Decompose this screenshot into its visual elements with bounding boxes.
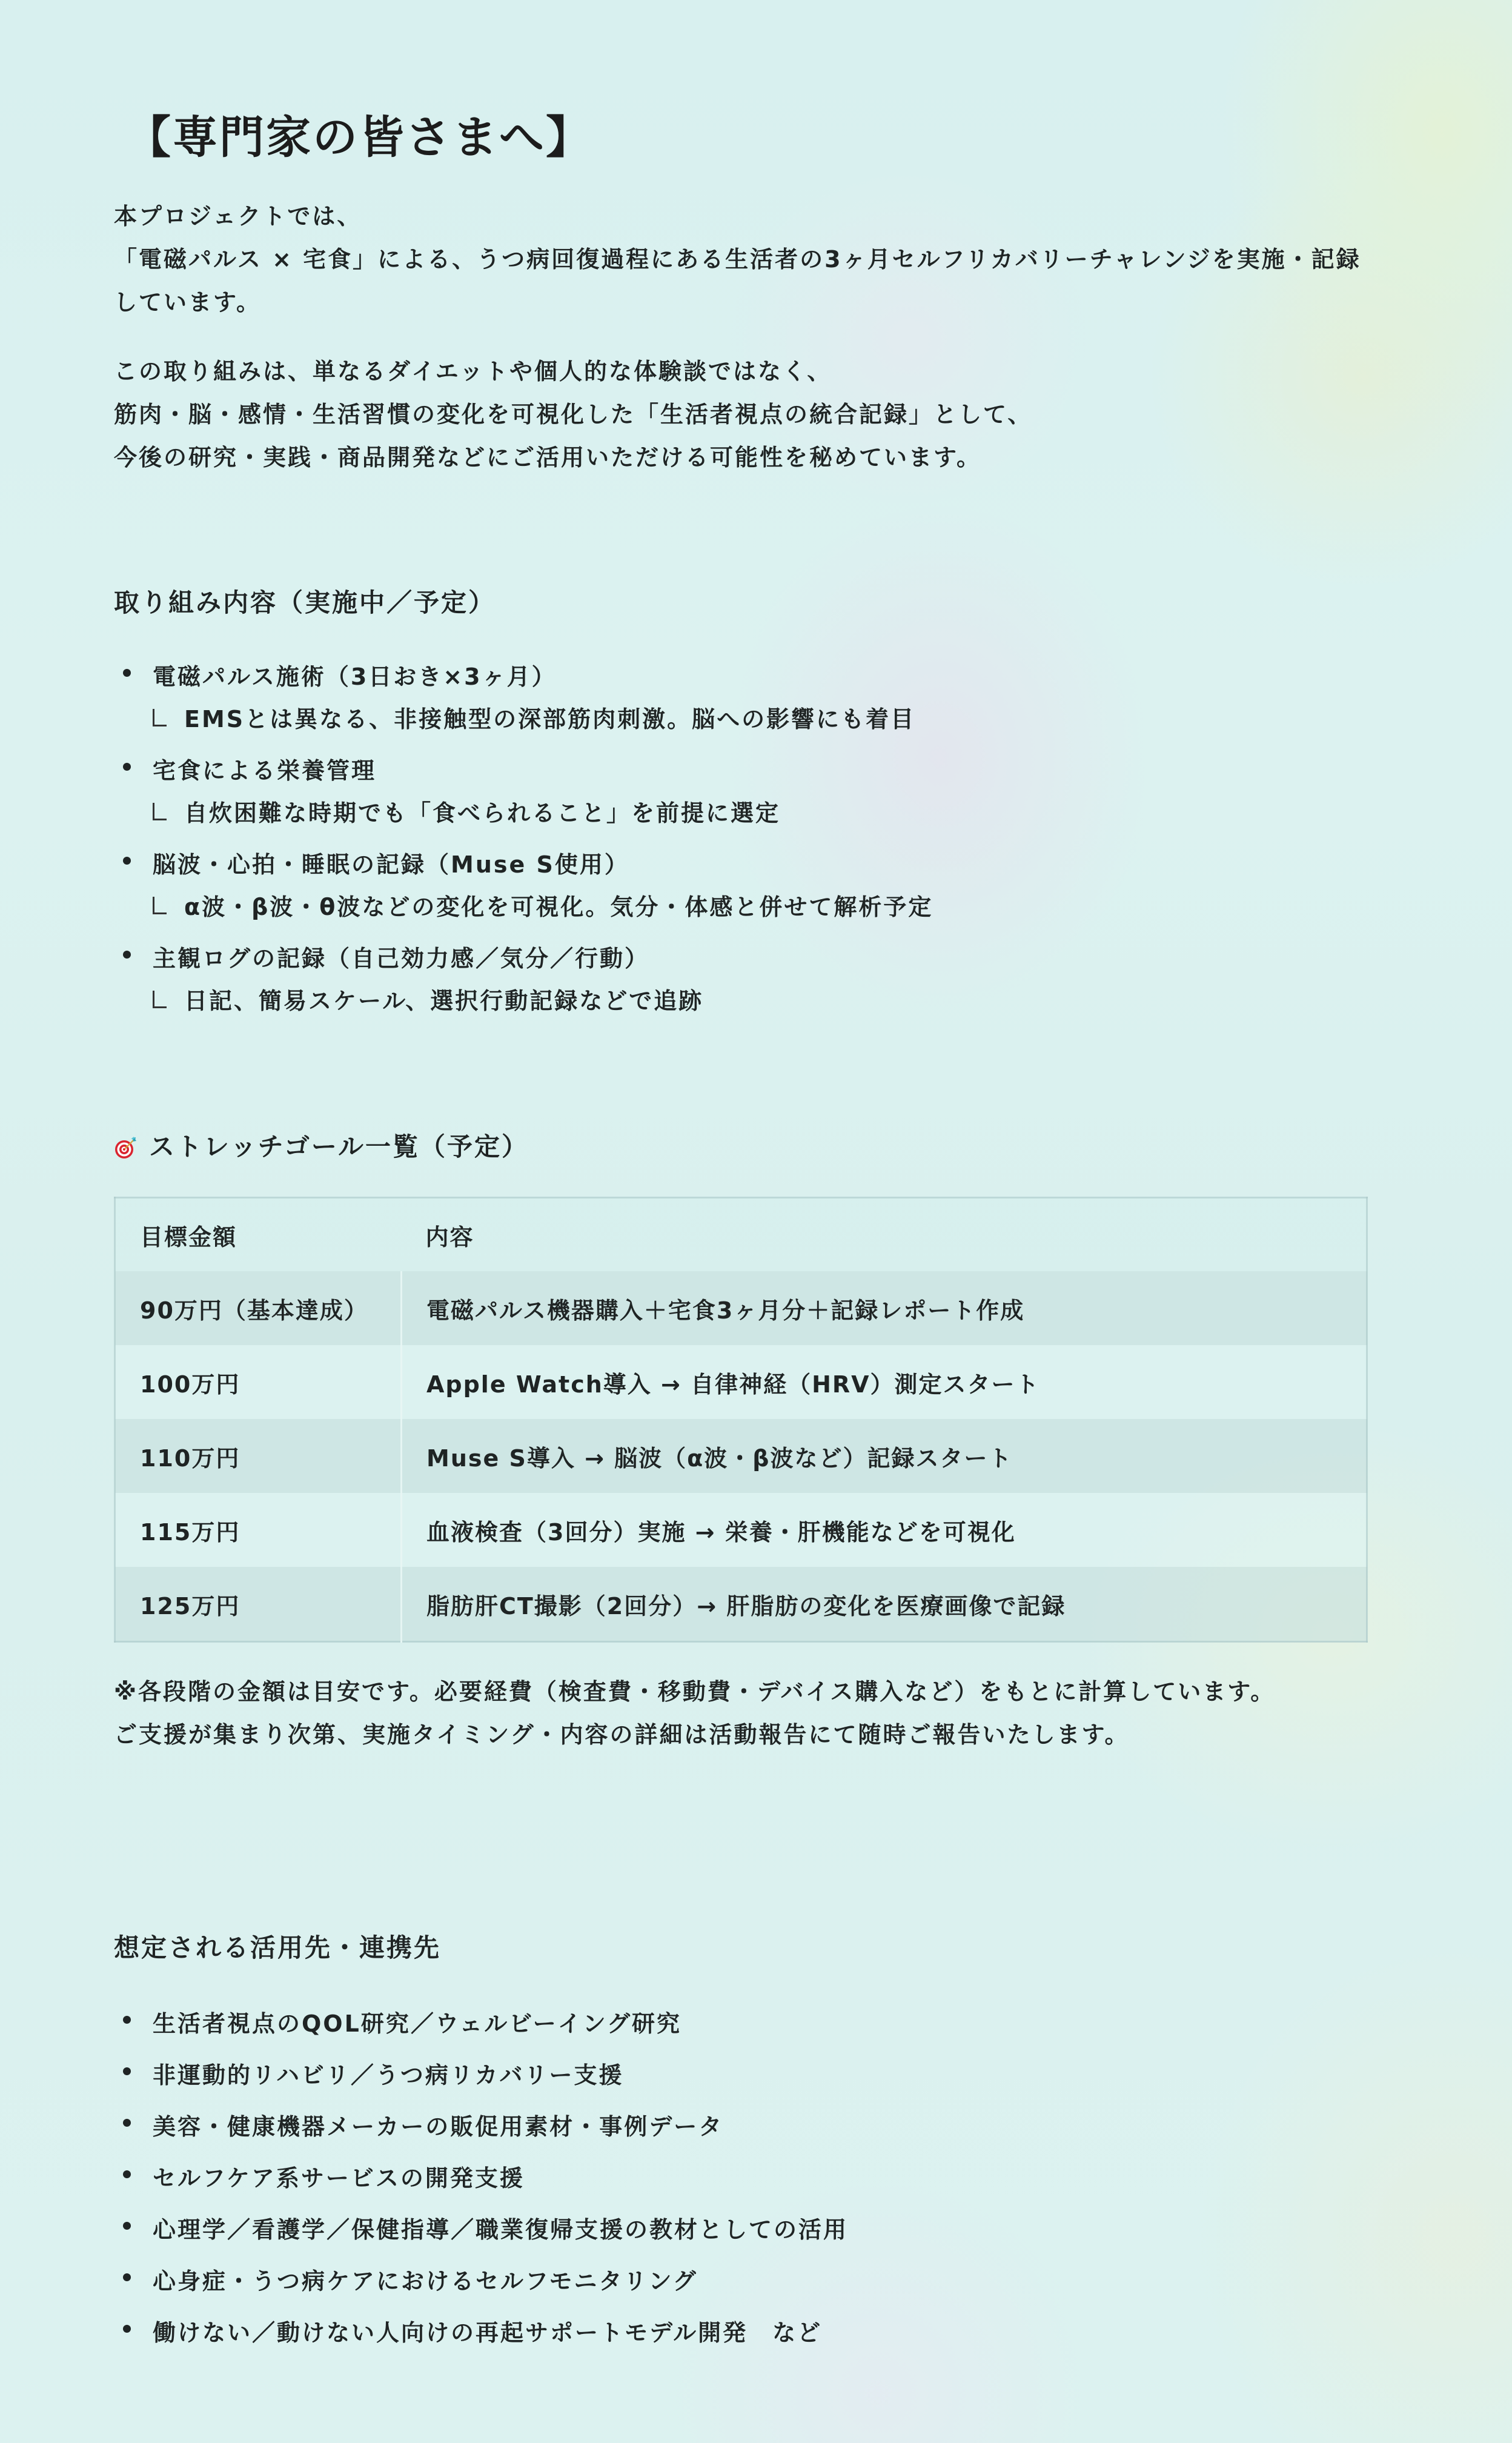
intro2-line: この取り組みは、単なるダイエットや個人的な体験談ではなく、 [114,350,1032,393]
list-item: 美容・健康機器メーカーの販促用素材・事例データ [114,2106,848,2157]
use-item-text: 非運動的リハビリ／うつ病リカバリー支援 [153,2062,623,2089]
activity-detail-text: 自炊困難な時期でも「食べられること」を前提に選定 [184,800,780,826]
goal-amount: 100万円 [115,1345,402,1419]
bullet-icon [123,2222,131,2230]
list-item: セルフケア系サービスの開発支援 [114,2157,848,2209]
goal-amount: 90万円（基本達成） [115,1271,402,1345]
uses-list: 生活者視点のQOL研究／ウェルビーイング研究 非運動的リハビリ／うつ病リカバリー… [114,2003,848,2363]
note-line: ※各段階の金額は目安です。必要経費（検査費・移動費・デバイス購入など）をもとに計… [114,1670,1275,1713]
intro2-line: 筋肉・脳・感情・生活習慣の変化を可視化した「生活者視点の統合記録」として、 [114,393,1032,436]
use-item-text: 心理学／看護学／保健指導／職業復帰支援の教材としての活用 [153,2216,848,2243]
list-item: 心理学／看護学／保健指導／職業復帰支援の教材としての活用 [114,2209,848,2260]
list-item: 生活者視点のQOL研究／ウェルビーイング研究 [114,2003,848,2054]
page-title: 【専門家の皆さまへ】 [126,102,592,166]
use-item-text: 心身症・うつ病ケアにおけるセルフモニタリング [153,2268,698,2295]
column-header-amount: 目標金額 [115,1198,402,1272]
bullet-icon [123,2325,131,2333]
bullet-icon [123,2119,131,2127]
goals-note: ※各段階の金額は目安です。必要経費（検査費・移動費・デバイス購入など）をもとに計… [114,1670,1275,1757]
goal-content: 脂肪肝CT撮影（2回分）→ 肝脂肪の変化を医療画像で記録 [402,1567,1367,1642]
bullet-icon [123,2273,131,2281]
goal-content: Apple Watch導入 → 自律神経（HRV）測定スタート [402,1345,1367,1419]
bullet-icon [123,763,131,771]
activity-title: 脳波・心拍・睡眠の記録（Muse S使用） [153,843,933,886]
goal-content: 電磁パルス機器購入＋宅食3ヶ月分＋記録レポート作成 [402,1271,1367,1345]
use-item-text: 美容・健康機器メーカーの販促用素材・事例データ [153,2113,723,2140]
goal-content: 血液検査（3回分）実施 → 栄養・肝機能などを可視化 [402,1493,1367,1567]
bullet-icon [123,669,131,677]
uses-heading: 想定される活用先・連携先 [114,1928,441,1964]
intro-paragraph: 本プロジェクトでは、 「電磁パルス × 宅食」による、うつ病回復過程にある生活者… [114,195,1361,324]
tree-corner-icon [153,991,167,1008]
intro-line: 「電磁パルス × 宅食」による、うつ病回復過程にある生活者の3ヶ月セルフリカバリ… [114,238,1361,281]
table-row: 100万円 Apple Watch導入 → 自律神経（HRV）測定スタート [115,1345,1367,1419]
goal-amount: 125万円 [115,1567,402,1642]
activity-title: 宅食による栄養管理 [153,750,933,792]
list-item: 非運動的リハビリ／うつ病リカバリー支援 [114,2054,848,2106]
stretch-goals-table: 目標金額 内容 90万円（基本達成） 電磁パルス機器購入＋宅食3ヶ月分＋記録レポ… [114,1197,1368,1643]
bullet-icon [123,2016,131,2024]
intro-line: 本プロジェクトでは、 [114,195,1361,238]
stretch-goals-heading-text: ストレッチゴール一覧（予定） [149,1127,529,1163]
tree-corner-icon [153,803,167,820]
activity-title: 電磁パルス施術（3日おき×3ヶ月） [153,656,933,698]
bullet-icon [123,857,131,865]
tree-corner-icon [153,709,167,726]
stretch-goals-heading: ストレッチゴール一覧（予定） [114,1127,529,1163]
intro2-line: 今後の研究・実践・商品開発などにご活用いただける可能性を秘めています。 [114,436,1032,479]
use-item-text: セルフケア系サービスの開発支援 [153,2165,525,2192]
intro-paragraph-2: この取り組みは、単なるダイエットや個人的な体験談ではなく、 筋肉・脳・感情・生活… [114,350,1032,479]
tree-corner-icon [153,897,167,914]
activities-list: 電磁パルス施術（3日おき×3ヶ月） EMSとは異なる、非接触型の深部筋肉刺激。脳… [114,656,933,1031]
activity-detail: α波・β波・θ波などの変化を可視化。気分・体感と併せて解析予定 [153,886,933,928]
activities-heading: 取り組み内容（実施中／予定） [114,583,496,619]
list-item: 宅食による栄養管理 自炊困難な時期でも「食べられること」を前提に選定 [114,750,933,843]
list-item: 主観ログの記録（自己効力感／気分／行動） 日記、簡易スケール、選択行動記録などで… [114,937,933,1031]
goal-amount: 110万円 [115,1419,402,1493]
bullet-icon [123,951,131,959]
target-dart-icon [114,1135,138,1160]
table-row: 115万円 血液検査（3回分）実施 → 栄養・肝機能などを可視化 [115,1493,1367,1567]
goal-content: Muse S導入 → 脳波（α波・β波など）記録スタート [402,1419,1367,1493]
list-item: 電磁パルス施術（3日おき×3ヶ月） EMSとは異なる、非接触型の深部筋肉刺激。脳… [114,656,933,750]
bullet-icon [123,2067,131,2075]
column-header-content: 内容 [402,1198,1367,1272]
note-line: ご支援が集まり次第、実施タイミング・内容の詳細は活動報告にて随時ご報告いたします… [114,1713,1275,1757]
use-item-text: 働けない／動けない人向けの再起サポートモデル開発 など [153,2319,822,2346]
intro-line: しています。 [114,281,1361,324]
activity-detail-text: 日記、簡易スケール、選択行動記録などで追跡 [184,988,703,1014]
table-header-row: 目標金額 内容 [115,1198,1367,1272]
bullet-icon [123,2170,131,2178]
activity-detail-text: EMSとは異なる、非接触型の深部筋肉刺激。脳への影響にも着目 [184,706,915,733]
table-row: 90万円（基本達成） 電磁パルス機器購入＋宅食3ヶ月分＋記録レポート作成 [115,1271,1367,1345]
table-row: 125万円 脂肪肝CT撮影（2回分）→ 肝脂肪の変化を医療画像で記録 [115,1567,1367,1642]
activity-detail: 自炊困難な時期でも「食べられること」を前提に選定 [153,792,933,834]
activity-title: 主観ログの記録（自己効力感／気分／行動） [153,937,933,980]
list-item: 脳波・心拍・睡眠の記録（Muse S使用） α波・β波・θ波などの変化を可視化。… [114,843,933,937]
list-item: 心身症・うつ病ケアにおけるセルフモニタリング [114,2260,848,2312]
activity-detail: 日記、簡易スケール、選択行動記録などで追跡 [153,980,933,1022]
use-item-text: 生活者視点のQOL研究／ウェルビーイング研究 [153,2010,681,2037]
goal-amount: 115万円 [115,1493,402,1567]
table-row: 110万円 Muse S導入 → 脳波（α波・β波など）記録スタート [115,1419,1367,1493]
activity-detail: EMSとは異なる、非接触型の深部筋肉刺激。脳への影響にも着目 [153,698,933,740]
list-item: 働けない／動けない人向けの再起サポートモデル開発 など [114,2312,848,2363]
activity-detail-text: α波・β波・θ波などの変化を可視化。気分・体感と併せて解析予定 [184,894,933,920]
